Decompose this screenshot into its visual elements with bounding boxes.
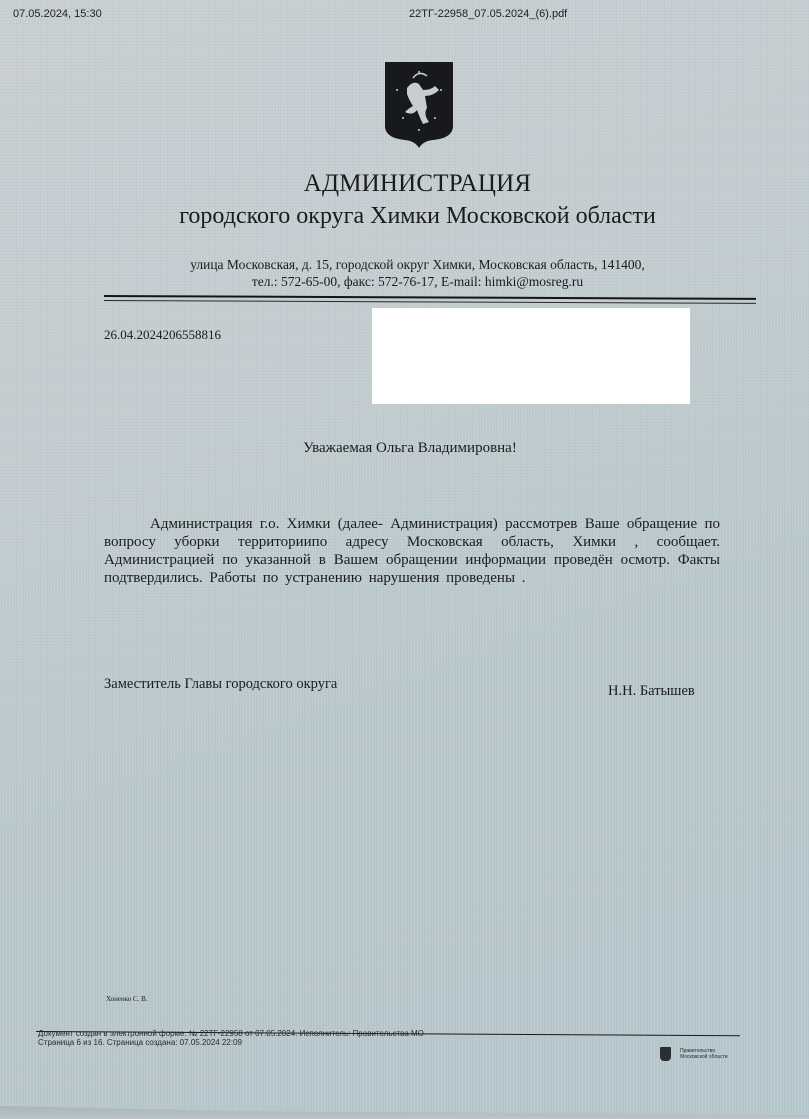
footer-logo-caption: Правительство Московской области bbox=[680, 1048, 728, 1060]
khimki-coat-of-arms-icon bbox=[383, 60, 455, 150]
signer-name: Н.Н. Батышев bbox=[608, 683, 695, 700]
document-number: 26.04.2024206558816 bbox=[104, 327, 221, 343]
organization-title: АДМИНИСТРАЦИЯ bbox=[0, 170, 809, 198]
footer-stamp: Документ создан в электронной форме. № 2… bbox=[38, 1029, 424, 1047]
print-header: 07.05.2024, 15:30 22ТГ-22958_07.05.2024_… bbox=[0, 8, 809, 22]
page-bottom-edge bbox=[0, 1106, 809, 1119]
logo-caption-line: Московской области bbox=[680, 1054, 728, 1060]
moscow-region-government-logo-icon bbox=[660, 1047, 671, 1061]
print-datetime: 07.05.2024, 15:30 bbox=[13, 8, 102, 20]
footer-line: Документ создан в электронной форме. № 2… bbox=[38, 1029, 424, 1038]
letterhead-rule bbox=[104, 300, 756, 304]
address-line: улица Московская, д. 15, городской округ… bbox=[0, 256, 809, 273]
salutation: Уважаемая Ольга Владимировна! bbox=[0, 440, 809, 457]
print-filename: 22ТГ-22958_07.05.2024_(6).pdf bbox=[409, 8, 567, 20]
executor-name: Хоненко С. В. bbox=[106, 995, 148, 1003]
signer-title: Заместитель Главы городского округа bbox=[104, 676, 337, 693]
organization-address: улица Московская, д. 15, городской округ… bbox=[0, 256, 809, 290]
recipient-redaction bbox=[372, 308, 690, 404]
contacts-line: тел.: 572-65-00, факс: 572-76-17, E-mail… bbox=[0, 273, 809, 290]
footer-line: Страница 6 из 16. Страница создана: 07.0… bbox=[38, 1038, 424, 1047]
letterhead-rule bbox=[104, 295, 756, 300]
organization-subtitle: городского округа Химки Московской облас… bbox=[0, 203, 809, 230]
letter-body: Администрация г.о. Химки (далее- Админис… bbox=[104, 515, 720, 587]
